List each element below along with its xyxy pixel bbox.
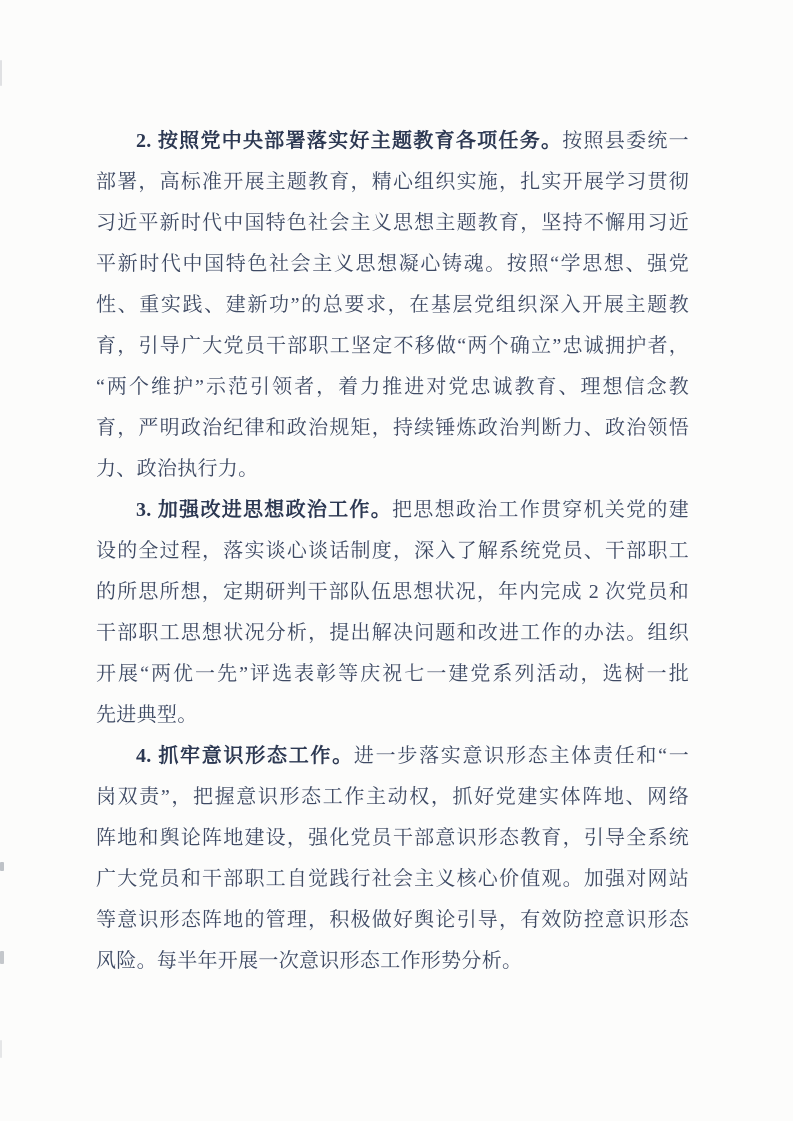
paragraph-text: 力、政治执行力。 <box>96 458 258 480</box>
paragraph-text: 部署，高标准开展主题教育，精心组织实施，扎实开展学习贯彻 <box>96 171 689 193</box>
text-line: 性、重实践、建新功”的总要求，在基层党组织深入开展主题教 <box>96 285 689 326</box>
paragraph-lead: 4. 抓牢意识形态工作。 <box>136 745 354 767</box>
scanned-document-page: 2. 按照党中央部署落实好主题教育各项任务。按照县委统一部署，高标准开展主题教育… <box>0 0 793 1121</box>
paragraph-text: 等意识形态阵地的管理，积极做好舆论引导，有效防控意识形态 <box>96 909 689 931</box>
text-line: 设的全过程，落实谈心谈话制度，深入了解系统党员、干部职工 <box>96 531 689 572</box>
text-line: 育，严明政治纪律和政治规矩，持续锤炼政治判断力、政治领悟 <box>96 408 689 449</box>
paragraph-text: 干部职工思想状况分析，提出解决问题和改进工作的办法。组织 <box>96 622 689 644</box>
paragraph-lead: 2. 按照党中央部署落实好主题教育各项任务。 <box>136 130 562 152</box>
text-line: 育，引导广大党员干部职工坚定不移做“两个确立”忠诚拥护者， <box>96 326 689 367</box>
paragraph-text: 先进典型。 <box>96 704 198 726</box>
scan-artifact <box>0 60 2 86</box>
paragraph-2: 2. 按照党中央部署落实好主题教育各项任务。按照县委统一部署，高标准开展主题教育… <box>96 121 689 490</box>
text-line: 力、政治执行力。 <box>96 449 689 490</box>
text-line: 的所思所想，定期研判干部队伍思想状况，年内完成 2 次党员和 <box>96 572 689 613</box>
text-line: 岗双责”，把握意识形态工作主动权，抓好党建实体阵地、网络 <box>96 777 689 818</box>
paragraph-text: 岗双责”，把握意识形态工作主动权，抓好党建实体阵地、网络 <box>96 786 689 808</box>
paragraph-text: 按照县委统一 <box>562 130 689 152</box>
scan-artifact <box>0 951 4 964</box>
text-line: 开展“两优一先”评选表彰等庆祝七一建党系列活动，选树一批 <box>96 654 689 695</box>
paragraph-text: 的所思所想，定期研判干部队伍思想状况，年内完成 2 次党员和 <box>96 581 689 603</box>
paragraph-4: 4. 抓牢意识形态工作。进一步落实意识形态主体责任和“一岗双责”，把握意识形态工… <box>96 736 689 982</box>
text-line: 风险。每半年开展一次意识形态工作形势分析。 <box>96 941 689 982</box>
document-body: 2. 按照党中央部署落实好主题教育各项任务。按照县委统一部署，高标准开展主题教育… <box>96 121 689 982</box>
paragraph-text: 广大党员和干部职工自觉践行社会主义核心价值观。加强对网站 <box>96 868 689 890</box>
text-line: 干部职工思想状况分析，提出解决问题和改进工作的办法。组织 <box>96 613 689 654</box>
paragraph-text: 进一步落实意识形态主体责任和“一 <box>354 745 689 767</box>
paragraph-text: 开展“两优一先”评选表彰等庆祝七一建党系列活动，选树一批 <box>96 663 689 685</box>
paragraph-text: 育，引导广大党员干部职工坚定不移做“两个确立”忠诚拥护者， <box>96 335 689 357</box>
paragraph-text: 平新时代中国特色社会主义思想凝心铸魂。按照“学思想、强党 <box>96 253 689 275</box>
text-line: 先进典型。 <box>96 695 689 736</box>
paragraph-lead: 3. 加强改进思想政治工作。 <box>136 499 392 521</box>
text-line: 部署，高标准开展主题教育，精心组织实施，扎实开展学习贯彻 <box>96 162 689 203</box>
paragraph-text: 育，严明政治纪律和政治规矩，持续锤炼政治判断力、政治领悟 <box>96 417 689 439</box>
text-line: 4. 抓牢意识形态工作。进一步落实意识形态主体责任和“一 <box>96 736 689 777</box>
text-line: 习近平新时代中国特色社会主义思想主题教育，坚持不懈用习近 <box>96 203 689 244</box>
paragraph-text: 风险。每半年开展一次意识形态工作形势分析。 <box>96 950 522 972</box>
paragraph-text: 阵地和舆论阵地建设，强化党员干部意识形态教育，引导全系统 <box>96 827 689 849</box>
scan-artifact <box>0 862 4 871</box>
text-line: 3. 加强改进思想政治工作。把思想政治工作贯穿机关党的建 <box>96 490 689 531</box>
text-line: 广大党员和干部职工自觉践行社会主义核心价值观。加强对网站 <box>96 859 689 900</box>
text-line: “两个维护”示范引领者，着力推进对党忠诚教育、理想信念教 <box>96 367 689 408</box>
text-line: 平新时代中国特色社会主义思想凝心铸魂。按照“学思想、强党 <box>96 244 689 285</box>
paragraph-3: 3. 加强改进思想政治工作。把思想政治工作贯穿机关党的建设的全过程，落实谈心谈话… <box>96 490 689 736</box>
paragraph-text: 把思想政治工作贯穿机关党的建 <box>392 499 689 521</box>
paragraph-text: 性、重实践、建新功”的总要求，在基层党组织深入开展主题教 <box>96 294 689 316</box>
text-line: 阵地和舆论阵地建设，强化党员干部意识形态教育，引导全系统 <box>96 818 689 859</box>
text-line: 2. 按照党中央部署落实好主题教育各项任务。按照县委统一 <box>96 121 689 162</box>
paragraph-text: 设的全过程，落实谈心谈话制度，深入了解系统党员、干部职工 <box>96 540 689 562</box>
paragraph-text: “两个维护”示范引领者，着力推进对党忠诚教育、理想信念教 <box>96 376 689 398</box>
text-line: 等意识形态阵地的管理，积极做好舆论引导，有效防控意识形态 <box>96 900 689 941</box>
paragraph-text: 习近平新时代中国特色社会主义思想主题教育，坚持不懈用习近 <box>96 212 689 234</box>
scan-artifact <box>0 1040 2 1058</box>
